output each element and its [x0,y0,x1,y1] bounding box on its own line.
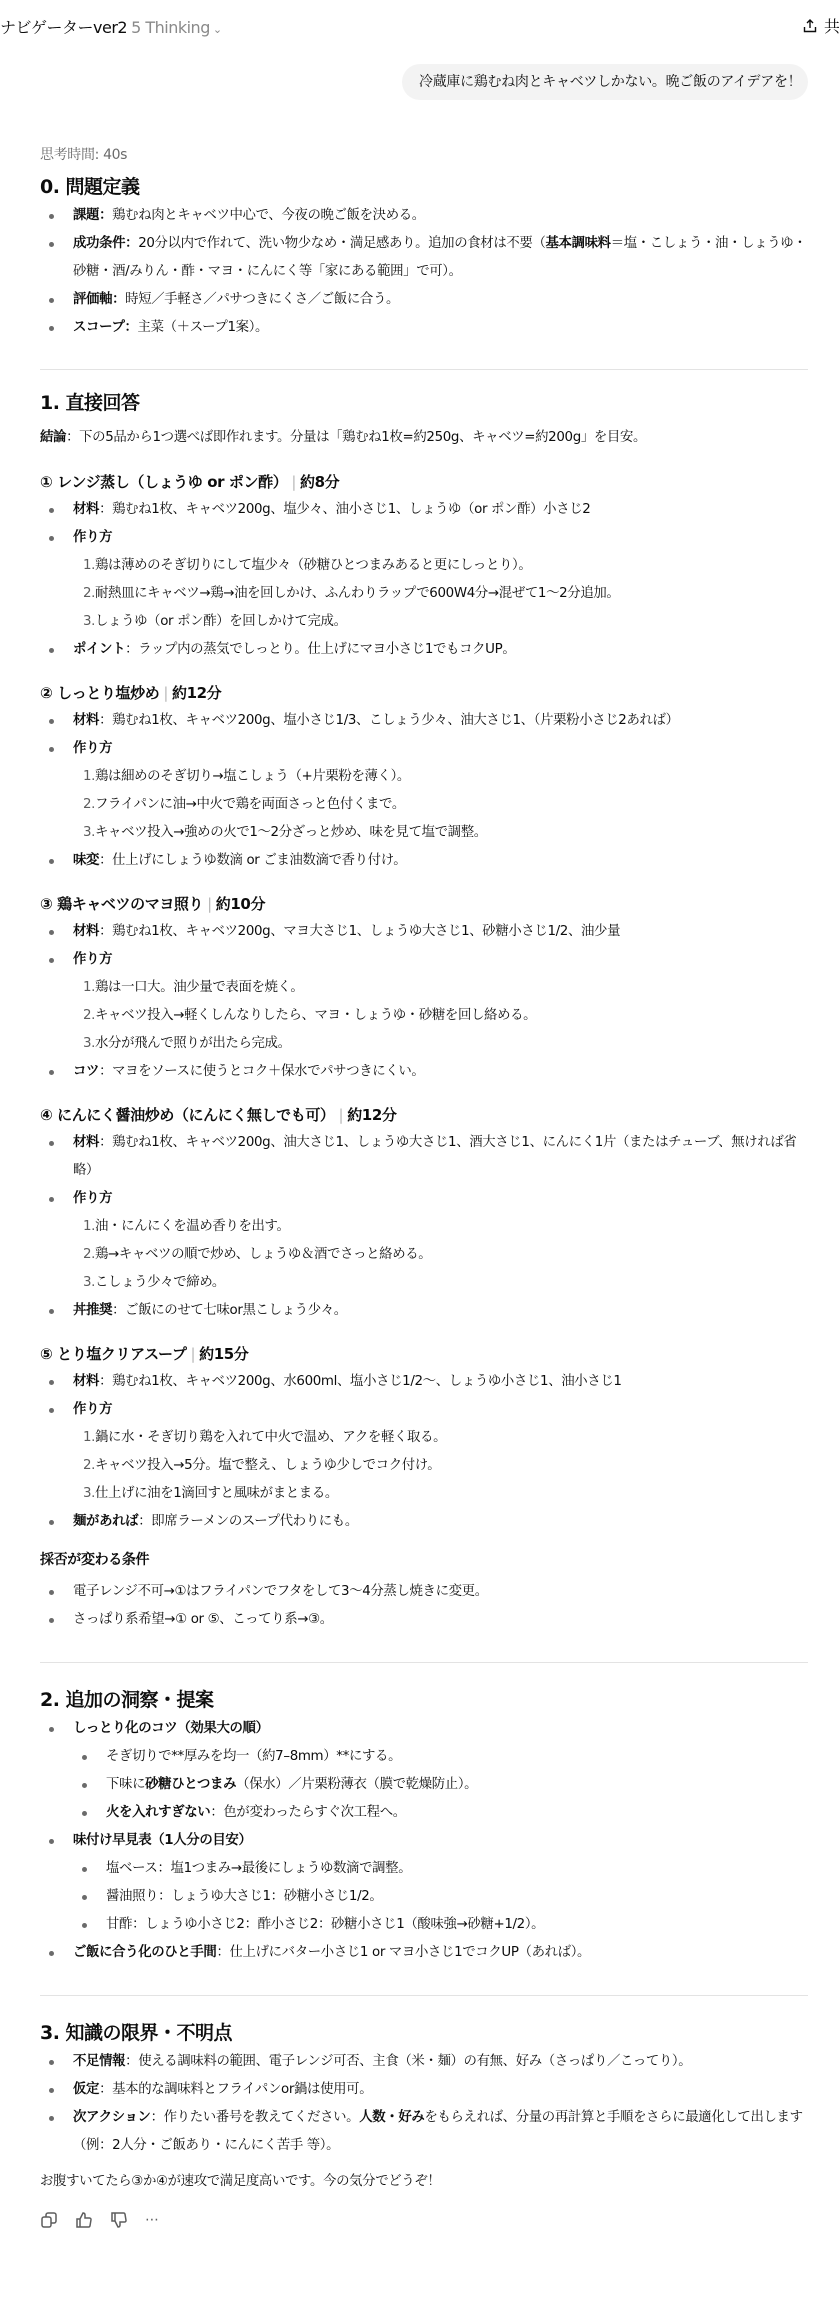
text: ：ラップ内の蒸気でしっとり。仕上げにマヨ小さじ1でもコクUP。 [125,642,515,657]
separator: | [339,1106,344,1124]
label: ポイント [73,642,125,657]
ingredients: 材料：鶏むね1枚、キャベツ200g、油大さじ1、しょうゆ大さじ1、酒大さじ1、に… [40,1129,808,1185]
text: ：仕上げにしょうゆ数滴 or ごま油数滴で香り付け。 [99,853,406,868]
section-heading: 0. 問題定義 [40,172,808,202]
list-item: さっぱり系希望→① or ⑤、こってり系→③。 [40,1606,808,1634]
text: ：鶏むね1枚、キャベツ200g、塩少々、油小さじ1、しょうゆ（or ポン酢）小さ… [99,502,590,517]
text: ：鶏むね1枚、キャベツ200g、水600ml、塩小さじ1/2〜、しょうゆ小さじ1… [99,1374,622,1389]
step: 2.耐熱皿にキャベツ→鶏→油を回しかけ、ふんわりラップで600W4分→混ぜて1〜… [73,580,808,608]
step-text: 鶏は薄めのそぎ切りにして塩少々（砂糖ひとつまみあると更にしっとり）。 [95,558,531,573]
text: ：作りたい番号を教えてください。 [151,2110,360,2125]
item-label: 成功条件 [73,236,125,251]
share-icon [802,18,818,34]
recipe-note-list: コツ：マヨをソースに使うとコク＋保水でパサつきにくい。 [40,1058,808,1086]
label: 仮定 [73,2082,99,2097]
recipe-4: ④ にんにく醤油炒め（にんにく無しでも可）|約12分 材料：鶏むね1枚、キャベツ… [40,1101,808,1325]
thinking-time-toggle[interactable]: 思考時間: 40s [40,144,808,166]
recipe-time: 約12分 [172,684,221,702]
assistant-message: 思考時間: 40s 0. 問題定義 課題：鶏むね肉とキャベツ中心で、今夜の晩ご飯… [40,144,808,2230]
text: そぎ切りで**厚みを均一（約7–8mm）**にする。 [106,1749,401,1764]
step: 2.フライパンに油→中火で鶏を両面さっと色付くまで。 [73,791,808,819]
label: 作り方 [73,952,112,967]
list-item: 仮定：基本的な調味料とフライパンor鍋は使用可。 [40,2076,808,2104]
label: 作り方 [73,530,112,545]
step-number: 3. [83,608,95,636]
recipe-details: 材料：鶏むね1枚、キャベツ200g、塩小さじ1/3、こしょう少々、油大さじ1、（… [40,707,808,763]
conditions-list: 電子レンジ不可→①はフライパンでフタをして3〜4分蒸し焼きに変更。 さっぱり系希… [40,1578,808,1634]
step-text: 耐熱皿にキャベツ→鶏→油を回しかけ、ふんわりラップで600W4分→混ぜて1〜2分… [95,586,619,601]
step-text: フライパンに油→中火で鶏を両面さっと色付くまで。 [95,797,405,812]
list-item: 醤油照り：しょうゆ大さじ1：砂糖小さじ1/2。 [73,1883,808,1911]
text: ：即席ラーメンのスープ代わりにも。 [138,1514,358,1529]
recipe-5: ⑤ とり塩クリアスープ|約15分 材料：鶏むね1枚、キャベツ200g、水600m… [40,1340,808,1536]
list-item: 甘酢：しょうゆ小さじ2：酢小さじ2：砂糖小さじ1（酸味強→砂糖+1/2）。 [73,1911,808,1939]
item-text: 鶏むね肉とキャベツ中心で、今夜の晩ご飯を決める。 [112,208,425,223]
recipe-note-list: 丼推奨：ご飯にのせて七味or黒こしょう少々。 [40,1297,808,1325]
recipe-name: ② しっとり塩炒め [40,684,159,702]
separator: | [163,684,168,702]
chevron-down-icon: ⌄ [213,23,222,36]
insights-list: ご飯に合う化のひと手間：仕上げにバター小さじ1 or マヨ小さじ1でコクUP（あ… [40,1939,808,1967]
list-item: 火を入れすぎない：色が変わったらすぐ次工程へ。 [73,1799,808,1827]
text: ：仕上げにバター小さじ1 or マヨ小さじ1でコクUP（あれば）。 [216,1945,590,1960]
limits-list: 不足情報：使える調味料の範囲、電子レンジ可否、主食（米・麺）の有無、好み（さっぱ… [40,2048,808,2160]
step-text: キャベツ投入→5分。塩で整え、しょうゆ少しでコク付け。 [95,1458,440,1473]
steps: 作り方 [40,946,808,974]
model-selector[interactable]: ナビゲーターver25 Thinking⌄ [0,15,222,38]
separator: ： [112,292,125,307]
recipe-time: 約10分 [216,895,265,913]
group-label: しっとり化のコツ（効果大の順） [73,1721,269,1736]
label: 不足情報 [73,2054,125,2069]
text: ：ご飯にのせて七味or黒こしょう少々。 [112,1303,347,1318]
step: 2.キャベツ投入→5分。塩で整え、しょうゆ少しでコク付け。 [73,1452,808,1480]
step: 1.鶏は薄めのそぎ切りにして塩少々（砂糖ひとつまみあると更にしっとり）。 [73,552,808,580]
text: ：使える調味料の範囲、電子レンジ可否、主食（米・麺）の有無、好み（さっぱり／こっ… [125,2054,691,2069]
insights-list: しっとり化のコツ（効果大の順） [40,1715,808,1743]
step-text: 鍋に水・そぎ切り鶏を入れて中火で温め、アクを軽く取る。 [95,1430,446,1445]
separator: ： [125,320,138,335]
share-label: 共有 [824,14,839,37]
label: 作り方 [73,741,112,756]
step-text: こしょう少々で締め。 [95,1275,225,1290]
recipe-time: 約15分 [199,1345,248,1363]
separator: | [291,473,296,491]
step-number: 2. [83,791,95,819]
ingredients: 材料：鶏むね1枚、キャベツ200g、塩少々、油小さじ1、しょうゆ（or ポン酢）… [40,496,808,524]
item-label: 課題 [73,208,99,223]
bold-text: 火を入れすぎない [106,1805,210,1820]
sub-list: そぎ切りで**厚みを均一（約7–8mm）**にする。 下味に砂糖ひとつまみ（保水… [40,1743,808,1827]
step-number: 2. [83,1241,95,1269]
step: 1.油・にんにくを温め香りを出す。 [73,1213,808,1241]
step-number: 1. [83,552,95,580]
item-text: 20分以内で作れて、洗い物少なめ・満足感あり。追加の食材は不要（ [138,236,545,251]
list-item: 不足情報：使える調味料の範囲、電子レンジ可否、主食（米・麺）の有無、好み（さっぱ… [40,2048,808,2076]
recipe-title: ⑤ とり塩クリアスープ|約15分 [40,1340,808,1368]
recipe-1: ① レンジ蒸し（しょうゆ or ポン酢）|約8分 材料：鶏むね1枚、キャベツ20… [40,468,808,664]
label: 材料 [73,713,99,728]
user-message: 冷蔵庫に鶏むね肉とキャベツしかない。晩ご飯のアイデアを！ [402,64,808,100]
step-number: 1. [83,763,95,791]
ingredients: 材料：鶏むね1枚、キャベツ200g、塩小さじ1/3、こしょう少々、油大さじ1、（… [40,707,808,735]
step-number: 2. [83,580,95,608]
step-text: 鶏→キャベツの順で炒め、しょうゆ＆酒でさっと絡める。 [95,1247,431,1262]
recipe-name: ① レンジ蒸し（しょうゆ or ポン酢） [40,473,287,491]
step-number: 2. [83,1452,95,1480]
note: 味変：仕上げにしょうゆ数滴 or ごま油数滴で香り付け。 [40,847,808,875]
item-label: 評価軸 [73,292,112,307]
steps-list: 1.油・にんにくを温め香りを出す。 2.鶏→キャベツの順で炒め、しょうゆ＆酒でさ… [40,1213,808,1297]
problem-definition-list: 課題：鶏むね肉とキャベツ中心で、今夜の晩ご飯を決める。 成功条件：20分以内で作… [40,202,808,342]
separator: ： [125,236,138,251]
list-item: そぎ切りで**厚みを均一（約7–8mm）**にする。 [73,1743,808,1771]
step: 3.しょうゆ（or ポン酢）を回しかけて完成。 [73,608,808,636]
separator: | [190,1345,195,1363]
label: ご飯に合う化のひと手間 [73,1945,216,1960]
closing-text: お腹すいてたら③か④が速攻で満足度高いです。今の気分でどうぞ！ [40,2168,808,2196]
recipe-details: 材料：鶏むね1枚、キャベツ200g、マヨ大さじ1、しょうゆ大さじ1、砂糖小さじ1… [40,918,808,974]
step-number: 1. [83,1424,95,1452]
steps: 作り方 [40,1396,808,1424]
note: コツ：マヨをソースに使うとコク＋保水でパサつきにくい。 [40,1058,808,1086]
step-text: 油・にんにくを温め香りを出す。 [95,1219,290,1234]
list-item: 塩ベース：塩1つまみ→最後にしょうゆ数滴で調整。 [73,1855,808,1883]
recipe-time: 約12分 [347,1106,396,1124]
section-heading: 1. 直接回答 [40,388,808,418]
step: 3.水分が飛んで照りが出たら完成。 [73,1030,808,1058]
thumbs-up-icon[interactable] [75,2211,93,2229]
text: 下味に [106,1777,145,1792]
recipe-note-list: 味変：仕上げにしょうゆ数滴 or ごま油数滴で香り付け。 [40,847,808,875]
label: 材料 [73,1374,99,1389]
list-item: 味付け早見表（1人分の目安） [40,1827,808,1855]
step-number: 3. [83,819,95,847]
share-button[interactable]: 共有 [802,14,839,37]
thumbs-down-icon[interactable] [110,2211,128,2229]
note: 丼推奨：ご飯にのせて七味or黒こしょう少々。 [40,1297,808,1325]
recipe-time: 約8分 [300,473,339,491]
insights-list: 味付け早見表（1人分の目安） [40,1827,808,1855]
step-text: 鶏は一口大。油少量で表面を焼く。 [95,980,303,995]
step-text: キャベツ投入→軽くしんなりしたら、マヨ・しょうゆ・砂糖を回し絡める。 [95,1008,536,1023]
item-label: スコープ [73,320,125,335]
label: 作り方 [73,1191,112,1206]
steps: 作り方 [40,1185,808,1213]
label: 材料 [73,502,99,517]
recipe-title: ③ 鶏キャベツのマヨ照り|約10分 [40,890,808,918]
label: 丼推奨 [73,1303,112,1318]
label: 材料 [73,1135,99,1150]
text: ：鶏むね1枚、キャベツ200g、油大さじ1、しょうゆ大さじ1、酒大さじ1、にんに… [73,1135,796,1178]
step-number: 3. [83,1480,95,1508]
label: 味変 [73,853,99,868]
step-text: キャベツ投入→強めの火で1〜2分ざっと炒め、味を見て塩で調整。 [95,825,487,840]
group-label: 味付け早見表（1人分の目安） [73,1833,252,1848]
step-number: 1. [83,974,95,1002]
recipe-name: ⑤ とり塩クリアスープ [40,1345,186,1363]
steps-list: 1.鍋に水・そぎ切り鶏を入れて中火で温め、アクを軽く取る。 2.キャベツ投入→5… [40,1424,808,1508]
steps: 作り方 [40,735,808,763]
bold-text: 人数・好み [359,2110,424,2125]
item-text: 主菜（＋スープ1案）。 [138,320,269,335]
steps-list: 1.鶏は一口大。油少量で表面を焼く。 2.キャベツ投入→軽くしんなりしたら、マヨ… [40,974,808,1058]
ingredients: 材料：鶏むね1枚、キャベツ200g、水600ml、塩小さじ1/2〜、しょうゆ小さ… [40,1368,808,1396]
recipe-details: 材料：鶏むね1枚、キャベツ200g、塩少々、油小さじ1、しょうゆ（or ポン酢）… [40,496,808,552]
recipe-details: 材料：鶏むね1枚、キャベツ200g、水600ml、塩小さじ1/2〜、しょうゆ小さ… [40,1368,808,1424]
step: 3.こしょう少々で締め。 [73,1269,808,1297]
conditions-heading: 採否が変わる条件 [40,1546,808,1574]
step-text: 水分が飛んで照りが出たら完成。 [95,1036,291,1051]
recipe-name: ④ にんにく醤油炒め（にんにく無しでも可） [40,1106,335,1124]
step-number: 3. [83,1269,95,1297]
list-item: 次アクション：作りたい番号を教えてください。人数・好みをもらえれば、分量の再計算… [40,2104,808,2160]
note: 麺があれば：即席ラーメンのスープ代わりにも。 [40,1508,808,1536]
text: （保水）／片栗粉薄衣（膜で乾燥防止）。 [236,1777,477,1792]
copy-icon[interactable] [40,2211,58,2229]
section-heading: 3. 知識の限界・不明点 [40,2018,808,2048]
note: ポイント：ラップ内の蒸気でしっとり。仕上げにマヨ小さじ1でもコクUP。 [40,636,808,664]
text: ：鶏むね1枚、キャベツ200g、塩小さじ1/3、こしょう少々、油大さじ1、（片栗… [99,713,679,728]
model-name: 5 Thinking [131,18,210,37]
list-item: 評価軸：時短／手軽さ／パサつきにくさ／ご飯に合う。 [40,286,808,314]
list-item: 課題：鶏むね肉とキャベツ中心で、今夜の晩ご飯を決める。 [40,202,808,230]
item-bold: 基本調味料 [546,236,611,251]
list-item: しっとり化のコツ（効果大の順） [40,1715,808,1743]
text: ：鶏むね1枚、キャベツ200g、マヨ大さじ1、しょうゆ大さじ1、砂糖小さじ1/2… [99,924,620,939]
step: 3.キャベツ投入→強めの火で1〜2分ざっと炒め、味を見て塩で調整。 [73,819,808,847]
step: 3.仕上げに油を1滴回すと風味がまとまる。 [73,1480,808,1508]
text: ：色が変わったらすぐ次工程へ。 [210,1805,405,1820]
step-number: 1. [83,1213,95,1241]
step: 1.鶏は細めのそぎ切り→塩こしょう（+片栗粉を薄く）。 [73,763,808,791]
list-item: 成功条件：20分以内で作れて、洗い物少なめ・満足感あり。追加の食材は不要（基本調… [40,230,808,286]
recipe-title: ① レンジ蒸し（しょうゆ or ポン酢）|約8分 [40,468,808,496]
step-text: しょうゆ（or ポン酢）を回しかけて完成。 [95,614,347,629]
label: コツ [73,1064,99,1079]
recipe-title: ④ にんにく醤油炒め（にんにく無しでも可）|約12分 [40,1101,808,1129]
step: 1.鍋に水・そぎ切り鶏を入れて中火で温め、アクを軽く取る。 [73,1424,808,1452]
recipe-title: ② しっとり塩炒め|約12分 [40,679,808,707]
step-text: 鶏は細めのそぎ切り→塩こしょう（+片栗粉を薄く）。 [95,769,410,784]
ingredients: 材料：鶏むね1枚、キャベツ200g、マヨ大さじ1、しょうゆ大さじ1、砂糖小さじ1… [40,918,808,946]
recipe-name: ③ 鶏キャベツのマヨ照り [40,895,203,913]
step: 2.鶏→キャベツの順で炒め、しょうゆ＆酒でさっと絡める。 [73,1241,808,1269]
item-text: 時短／手軽さ／パサつきにくさ／ご飯に合う。 [125,292,399,307]
text: ：基本的な調味料とフライパンor鍋は使用可。 [99,2082,372,2097]
recipe-note-list: ポイント：ラップ内の蒸気でしっとり。仕上げにマヨ小さじ1でもコクUP。 [40,636,808,664]
bold-text: 砂糖ひとつまみ [145,1777,236,1792]
recipe-details: 材料：鶏むね1枚、キャベツ200g、油大さじ1、しょうゆ大さじ1、酒大さじ1、に… [40,1129,808,1213]
label: 次アクション [73,2110,151,2125]
message-actions: ⋯ [40,2210,808,2230]
step-number: 2. [83,1002,95,1030]
steps-list: 1.鶏は細めのそぎ切り→塩こしょう（+片栗粉を薄く）。 2.フライパンに油→中火… [40,763,808,847]
list-item: 下味に砂糖ひとつまみ（保水）／片栗粉薄衣（膜で乾燥防止）。 [73,1771,808,1799]
recipe-2: ② しっとり塩炒め|約12分 材料：鶏むね1枚、キャベツ200g、塩小さじ1/3… [40,679,808,875]
step-number: 3. [83,1030,95,1058]
steps-list: 1.鶏は薄めのそぎ切りにして塩少々（砂糖ひとつまみあると更にしっとり）。 2.耐… [40,552,808,636]
list-item: ご飯に合う化のひと手間：仕上げにバター小さじ1 or マヨ小さじ1でコクUP（あ… [40,1939,808,1967]
list-item: スコープ：主菜（＋スープ1案）。 [40,314,808,342]
step: 1.鶏は一口大。油少量で表面を焼く。 [73,974,808,1002]
separator: ： [99,208,112,223]
conclusion-text: ：下の5品から1つ選べば即作れます。分量は「鶏むね1枚=約250g、キャベツ=約… [66,430,646,445]
step: 2.キャベツ投入→軽くしんなりしたら、マヨ・しょうゆ・砂糖を回し絡める。 [73,1002,808,1030]
separator: | [207,895,212,913]
text: ：マヨをソースに使うとコク＋保水でパサつきにくい。 [99,1064,424,1079]
conclusion: 結論：下の5品から1つ選べば即作れます。分量は「鶏むね1枚=約250g、キャベツ… [40,424,808,452]
sub-list: 塩ベース：塩1つまみ→最後にしょうゆ数滴で調整。 醤油照り：しょうゆ大さじ1：砂… [40,1855,808,1939]
recipe-note-list: 麺があれば：即席ラーメンのスープ代わりにも。 [40,1508,808,1536]
label: 麺があれば [73,1514,138,1529]
steps: 作り方 [40,524,808,552]
gpt-name: ナビゲーターver2 [0,18,127,37]
recipe-3: ③ 鶏キャベツのマヨ照り|約10分 材料：鶏むね1枚、キャベツ200g、マヨ大さ… [40,890,808,1086]
more-options-button[interactable]: ⋯ [145,2211,160,2229]
conclusion-label: 結論 [40,430,66,445]
label: 作り方 [73,1402,112,1417]
step-text: 仕上げに油を1滴回すと風味がまとまる。 [95,1486,338,1501]
top-bar: ナビゲーターver25 Thinking⌄ 共有 [0,0,839,52]
section-heading: 2. 追加の洞察・提案 [40,1685,808,1715]
list-item: 電子レンジ不可→①はフライパンでフタをして3〜4分蒸し焼きに変更。 [40,1578,808,1606]
label: 材料 [73,924,99,939]
